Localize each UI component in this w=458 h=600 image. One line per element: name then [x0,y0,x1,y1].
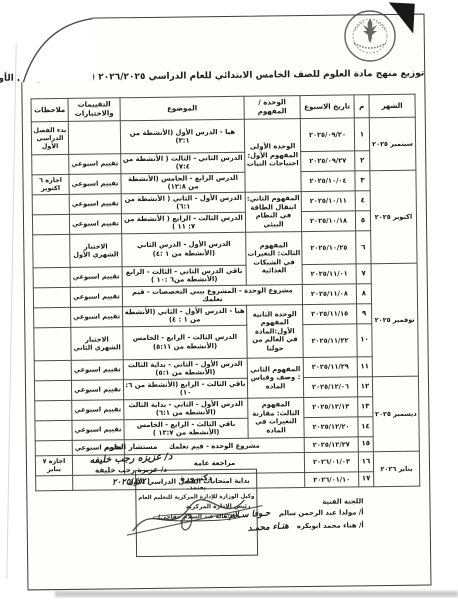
date-cell: ٢٠٢٥/١١/٢٩ [303,357,357,378]
date-cell: ٢٠٢٥/١٢/٢٧ [304,437,358,453]
num-cell: ٨ [356,284,371,304]
topic-cell: الدرس الأول - الثاني - بداية الثالث (الأ… [124,398,248,420]
date-cell: ٢٠٢٦/٠١/١٠ [305,472,359,488]
notes-cell: اجازة ٦ اكتوبر [32,174,69,194]
notes-cell [32,214,69,234]
col-header-assessments: التقييمات والاختبارات [68,98,120,122]
col-header-unit: الوحدة /المفهوم [244,96,300,120]
num-cell: ١٧ [359,472,374,487]
topic-cell: الدرس الأول - الدرس الثاني (الأنشطة من ١… [122,232,246,267]
num-cell: ١٢ [357,377,372,397]
unit-cell: الوحدة الثانية المفهوم الأول:المادة في ا… [247,304,304,358]
stamp-line-approved: يعتمد. [136,483,256,492]
date-cell: ٢٠٢٥/١٠/٢٥ [302,231,356,265]
topic-cell: الدرس الرابع - الخامس (الأنشطة من ١٢:٨) [121,172,245,194]
date-cell: ٢٠٢٦/٠١/٠٣ [304,452,358,473]
num-cell: ١٦ [358,452,373,472]
date-cell: ٢٠٢٥/١٠/١١ [301,191,355,212]
stamp-line-doctora: دكتــورة [136,473,256,483]
notes-cell [32,194,69,214]
topic-cell: باقي الثالث - الرابع - الخامس (الأنشطة م… [124,418,248,440]
topic-cell: الدرس الأول - الثاني ( الأنشطة من ٦:١) [121,192,245,213]
assessment-cell: تقييم اسبوعي [72,400,124,421]
col-header-num: م [354,95,369,118]
scan-edge-shadow [55,591,458,597]
num-cell: ١١ [357,357,372,377]
num-cell: ١٣ [358,397,373,417]
col-header-month: الشهر [369,94,415,118]
topic-cell: الدرس الثالث - الرابع - الخامس (الأنشطة … [123,325,247,360]
date-cell: ٢٠٢٥/١٠/١٨ [301,211,355,232]
num-cell: ٩ [357,304,372,324]
assessment-cell: تقييم اسبوعي [71,380,123,401]
month-cell: اكتوبر ٢٠٢٥ [370,170,417,263]
unit-cell: الوحدة الأولى المفهوم الأول: احتياجات ال… [244,119,301,193]
topic-cell: هيا - الدرس الأول - الثاني (الأنشطة من ١… [123,305,247,326]
num-cell: ٢ [355,151,370,171]
topic-cell: هيا - الدرس الأول (الأنشطة من ٣:١) [120,119,244,154]
date-cell: ٢٠٢٥/٠٩/٢٠ [300,118,354,152]
committee-member-name: أ/ مولدا عبد الرحمن سالم [279,508,364,517]
unit-cell: المفهوم الثاني: انتقال الطاقة في النظام … [245,192,301,233]
month-cell: ديسمبر ٢٠٢٥ [372,376,419,452]
assessment-cell: الاختبار الشهري الثاني [71,327,123,361]
assessment-cell: تقييم اسبوعي [72,420,124,441]
assessment-cell: تقييم اسبوعي [70,287,122,308]
month-cell: يناير ٢٠٢٦ [373,451,419,487]
date-cell: ٢٠٢٥/٠٩/٢٧ [301,151,355,172]
assessment-cell: الاختبار الشهري الأول [70,234,122,268]
date-cell: ٢٠٢٥/١٢/٢٠ [304,417,358,438]
date-cell: ٢٠٢٥/١٠/٠٤ [301,171,355,192]
assessment-cell [68,121,120,155]
topic-cell: باقي الثالث - الرابع (الأنشطة من ٦: ١٠) [123,378,247,399]
col-header-notes: ملاحظات [31,98,68,121]
curriculum-schedule-table: الشهر م تاريخ الاسبوع الوحدة /المفهوم ال… [30,94,420,491]
topic-cell: باقي الدرس الثاني - الثالث - الرابع (الأ… [122,265,246,287]
notes-cell: بدء الفصل الدراسي الأول [31,121,68,154]
num-cell: ٤ [355,191,370,211]
num-cell: ٥ [355,211,370,231]
assessment-cell: تقييم اسبوعي [70,267,122,288]
curled-corner [18,16,93,83]
scanned-curriculum-document: { "page": { "title": "توزيع منهج مادة ال… [0,0,458,600]
topic-cell: الدرس الثاني - الثالث ( الأنشطة من ٧:٤) [121,152,245,173]
assessment-cell: تقييم اسبوعي [71,307,123,328]
stamp-line-head: رئيس الإدارة المركزية [136,503,256,511]
num-cell: ١٠ [357,324,372,357]
unit-cell: المفهوم الثالث: التغيرات في الشبكات الغذ… [246,231,303,285]
paper-edge-line [6,44,16,579]
month-cell: سبتمبر ٢٠٢٥ [369,117,416,171]
num-cell: ١ [354,118,369,151]
stamp-line-office: وكيل الوزارة للإدارة المركزية للتعليم ال… [136,494,256,501]
page-frame: توزيع منهج مادة العلوم للصف الخامس الابت… [21,14,432,591]
table-row: سبتمبر ٢٠٢٥ ١ ٢٠٢٥/٠٩/٢٠ الوحدة الأولى ا… [31,117,415,155]
committee-member-name: أ/ هناء محمد ابوبكره [297,521,364,530]
notes-cell [33,287,70,307]
approval-stamp-box: دكتــورة يعتمد. وكيل الوزارة للإدارة الم… [135,469,258,557]
num-cell: ٣ [355,171,370,191]
col-header-week-date: تاريخ الاسبوع [300,95,354,119]
table-row: ١٠ ٢٠٢٥/١١/٢٢ الدرس الثالث - الرابع - ال… [34,323,418,361]
notes-cell [34,327,71,360]
eagle-emblem-icon [363,19,377,43]
num-cell: ١٤ [358,417,373,437]
topic-cell: الدرس الأول - الثاني - بداية الثالث (الأ… [123,358,247,380]
date-cell: ٢٠٢٥/١١/٢٢ [303,324,357,358]
notes-cell [34,307,71,327]
assessment-cell: تقييم اسبوعي [69,154,121,175]
assessment-cell: تقييم اسبوعي [69,174,121,195]
topic-cell: الدرس الثالث - الرابع ( الأنشطة من ٧: ١١… [121,212,245,233]
unit-cell: المفهوم الثالث: مقارنة التغيرات في الماد… [248,397,304,438]
table-row: ٦ ٢٠٢٥/١٠/٢٥ المفهوم الثالث: التغيرات في… [33,230,417,268]
date-cell: ٢٠٢٥/١٢/١٣ [304,397,358,418]
date-cell: ٢٠٢٥/١٢/٠٦ [303,377,357,398]
date-cell: ٢٠٢٥/١١/٠١ [302,264,356,285]
num-cell: ٦ [356,231,371,264]
notes-cell [35,420,72,440]
col-header-topic: الموضوع [120,96,244,121]
num-cell: ١٥ [358,437,373,452]
assessment-cell: تقييم اسبوعي [69,214,121,235]
notes-cell [32,154,69,174]
topic-cell: مشروع الوحدة - المشروع بيني التخصصات - ق… [122,284,302,306]
notes-cell [33,234,70,267]
notes-cell [34,360,71,380]
notes-cell [34,380,71,400]
notes-cell [33,267,70,287]
date-cell: ٢٠٢٥/١١/٠٨ [302,284,356,305]
assessment-cell: تقييم اسبوعي [71,360,123,381]
unit-cell: المفهوم الثاني : وصف وقياس المادة [247,357,303,398]
stamp-line-name: (د/هالة عبد السلام خفاجي) [153,513,240,522]
notes-cell [35,400,72,420]
month-cell: نوفمبر ٢٠٢٥ [371,263,418,376]
page-corner-fold [387,2,415,33]
num-cell: ٧ [356,264,371,284]
assessment-cell: تقييم اسبوعي [69,194,121,215]
date-cell: ٢٠٢٥/١١/١٥ [303,304,357,325]
